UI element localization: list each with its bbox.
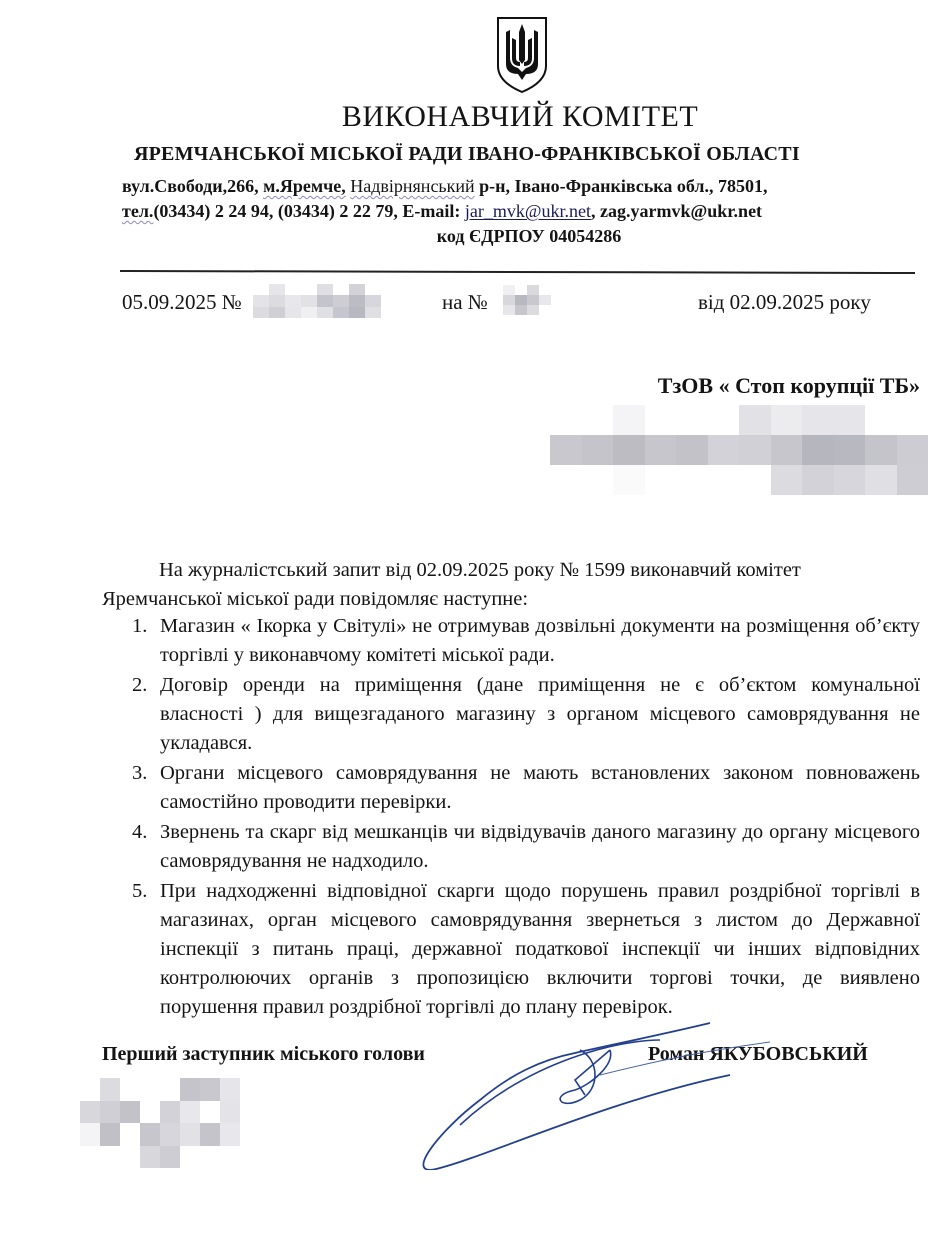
separator: ,	[591, 201, 596, 221]
intro-paragraph: На журналістський запит від 02.09.2025 р…	[102, 556, 920, 614]
recipient-name: ТзОВ « Стоп корупції ТБ»	[658, 373, 920, 399]
phones: (03434) 2 24 94, (03434) 2 22 79, E-mail…	[153, 201, 460, 221]
edrpou-code: код ЄДРПОУ 04054286	[0, 226, 938, 247]
address-district: Надвірнянський	[350, 176, 474, 196]
address-rest: р-н, Івано-Франківська обл., 78501,	[479, 176, 767, 196]
item-number: 1.	[132, 612, 147, 641]
organization-title: ВИКОНАВЧИЙ КОМІТЕТ	[0, 100, 938, 134]
reply-to-label: на №	[442, 290, 488, 315]
header-divider	[120, 270, 915, 274]
phone-label: тел.	[122, 201, 153, 221]
intro-line-2: Яремчанської міської ради повідомляє нас…	[102, 585, 920, 614]
item-text: При надходженні відповідної скарги щодо …	[160, 880, 920, 1018]
list-item: 1.Магазин « Ікорка у Світулі» не отримув…	[132, 612, 920, 670]
redacted-reply-number	[503, 285, 551, 315]
address-city: м.Яремче,	[263, 176, 346, 196]
response-items-list: 1.Магазин « Ікорка у Світулі» не отримув…	[132, 612, 920, 1023]
list-item: 2.Договір оренди на приміщення (дане при…	[132, 671, 920, 758]
item-number: 2.	[132, 671, 147, 700]
handwritten-signature	[360, 1020, 820, 1170]
organization-subtitle: ЯРЕМЧАНСЬКОЇ МІСЬКОЇ РАДИ ІВАНО-ФРАНКІВС…	[134, 143, 800, 166]
list-item: 4.Звернень та скарг від мешканців чи від…	[132, 818, 920, 876]
item-text: Органи місцевого самоврядування не мають…	[160, 762, 920, 813]
redacted-outgoing-number	[253, 284, 381, 318]
item-number: 4.	[132, 818, 147, 847]
reply-date: від 02.09.2025 року	[698, 290, 871, 315]
intro-line-1: На журналістський запит від 02.09.2025 р…	[102, 556, 920, 585]
item-text: Звернень та скарг від мешканців чи відві…	[160, 821, 920, 872]
redacted-stamp	[80, 1078, 240, 1168]
email-secondary: zag.yarmvk@ukr.net	[600, 201, 762, 221]
item-text: Договір оренди на приміщення (дане примі…	[160, 674, 920, 754]
address-street: вул.Свободи,266,	[122, 176, 259, 196]
item-number: 5.	[132, 877, 147, 906]
list-item: 5.При надходженні відповідної скарги щод…	[132, 877, 920, 1022]
item-text: Магазин « Ікорка у Світулі» не отримував…	[160, 615, 920, 666]
redacted-recipient-address	[550, 405, 928, 495]
contacts-line: тел.(03434) 2 24 94, (03434) 2 22 79, E-…	[122, 201, 762, 222]
item-number: 3.	[132, 759, 147, 788]
list-item: 3.Органи місцевого самоврядування не маю…	[132, 759, 920, 817]
trident-coat-of-arms-icon	[492, 14, 552, 94]
email-link-primary[interactable]: jar_mvk@ukr.net	[465, 201, 591, 221]
outgoing-date-number: 05.09.2025 №	[122, 290, 242, 315]
address-line: вул.Свободи,266, м.Яремче, Надвірнянськи…	[122, 176, 768, 197]
